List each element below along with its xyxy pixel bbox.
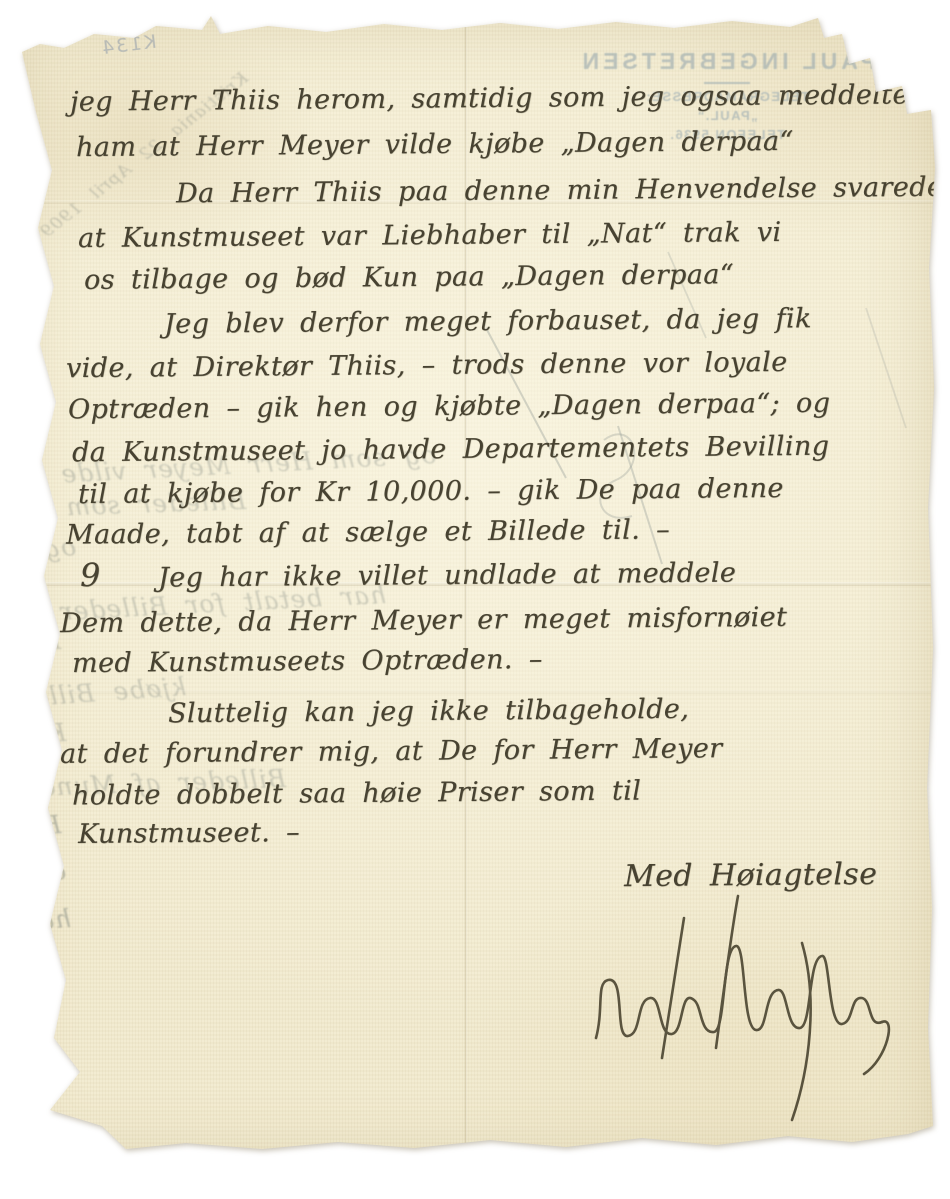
signature	[566, 888, 906, 1138]
scanned-letter: PAUL INGEBRETSEN TELEGRAMADRESSE: „PAUL.…	[6, 8, 942, 1170]
handwriting-line: os tilbage og bød Kun paa „Dagen derpaa“	[84, 259, 734, 296]
handwriting-line: at Kunstmuseet var Liebhaber til „Nat“ t…	[78, 217, 782, 254]
bleedthrough-line: alle Kunstmuseet herefter, i Anledning t…	[0, 1128, 97, 1192]
handwriting-line: Jeg blev derfor meget forbauset, da jeg …	[164, 303, 812, 340]
bleedthrough-line: Herr kunde kjøbe Kunst til Kr 5000. – He…	[0, 952, 47, 1027]
handwriting-line: Kunstmuseet. –	[78, 817, 300, 850]
handwriting-line: Sluttelig kan jeg ikke tilbageholde,	[168, 694, 689, 730]
handwriting-line: Optræden – gik hen og kjøbte „Dagen derp…	[68, 388, 831, 426]
handwriting-line: Maade, tabt af at sælge et Billede til. …	[66, 514, 670, 550]
handwriting-line: ham at Herr Meyer vilde kjøbe „Dagen der…	[76, 126, 794, 163]
handwriting-line: da Kunstmuseet jo havde Departementets B…	[72, 431, 830, 469]
bleedthrough-line: kjøbe Billeder til de Priser som	[0, 672, 187, 734]
bleedthrough-line: kande med mine Kundskab, til Kunstmuseet	[0, 1000, 57, 1063]
margin-mark: 9	[80, 556, 101, 594]
bleedthrough-line: Herr Meyer vilde kjøbe til Kr 5000	[0, 810, 62, 876]
bleedthrough-line: vilde for Kunstmuseet ikke Billede, og h…	[0, 1088, 52, 1150]
handwriting-line: Jeg har ikke villet undlade at meddele	[158, 557, 736, 593]
bleedthrough-line: har betalt for Billederne som	[0, 904, 72, 956]
bleedthrough-line: og de Priser som Kunstmuseet	[0, 856, 67, 909]
handwriting-line: vide, at Direktør Thiis, – trods denne v…	[66, 347, 788, 384]
handwriting-line: at det forundrer mig, at De for Herr Mey…	[60, 733, 723, 770]
bleedthrough-line: Kunstmuseet og Herr Meyer vilde	[0, 626, 62, 672]
closing-salutation: Med Høiagtelse	[624, 857, 878, 894]
archive-mark: K134	[99, 31, 158, 60]
horizontal-crease-faint	[6, 690, 942, 694]
letterhead-name: PAUL INGEBRETSEN	[562, 48, 892, 75]
handwriting-line: holdte dobbelt saa høie Priser som til	[72, 776, 642, 812]
handwriting-line: Dem dette, da Herr Meyer er meget misfor…	[60, 602, 787, 639]
letter-page: PAUL INGEBRETSEN TELEGRAMADRESSE: „PAUL.…	[6, 8, 942, 1170]
handwriting-line: til at kjøbe for Kr 10,000. – gik De paa…	[78, 473, 784, 510]
bleedthrough-line: og før Billede, og han er inde	[0, 1046, 67, 1107]
handwriting-line: med Kunstmuseets Optræden. –	[72, 644, 543, 679]
bleedthrough-line: Kunstmuseet har betalt for	[0, 718, 67, 768]
